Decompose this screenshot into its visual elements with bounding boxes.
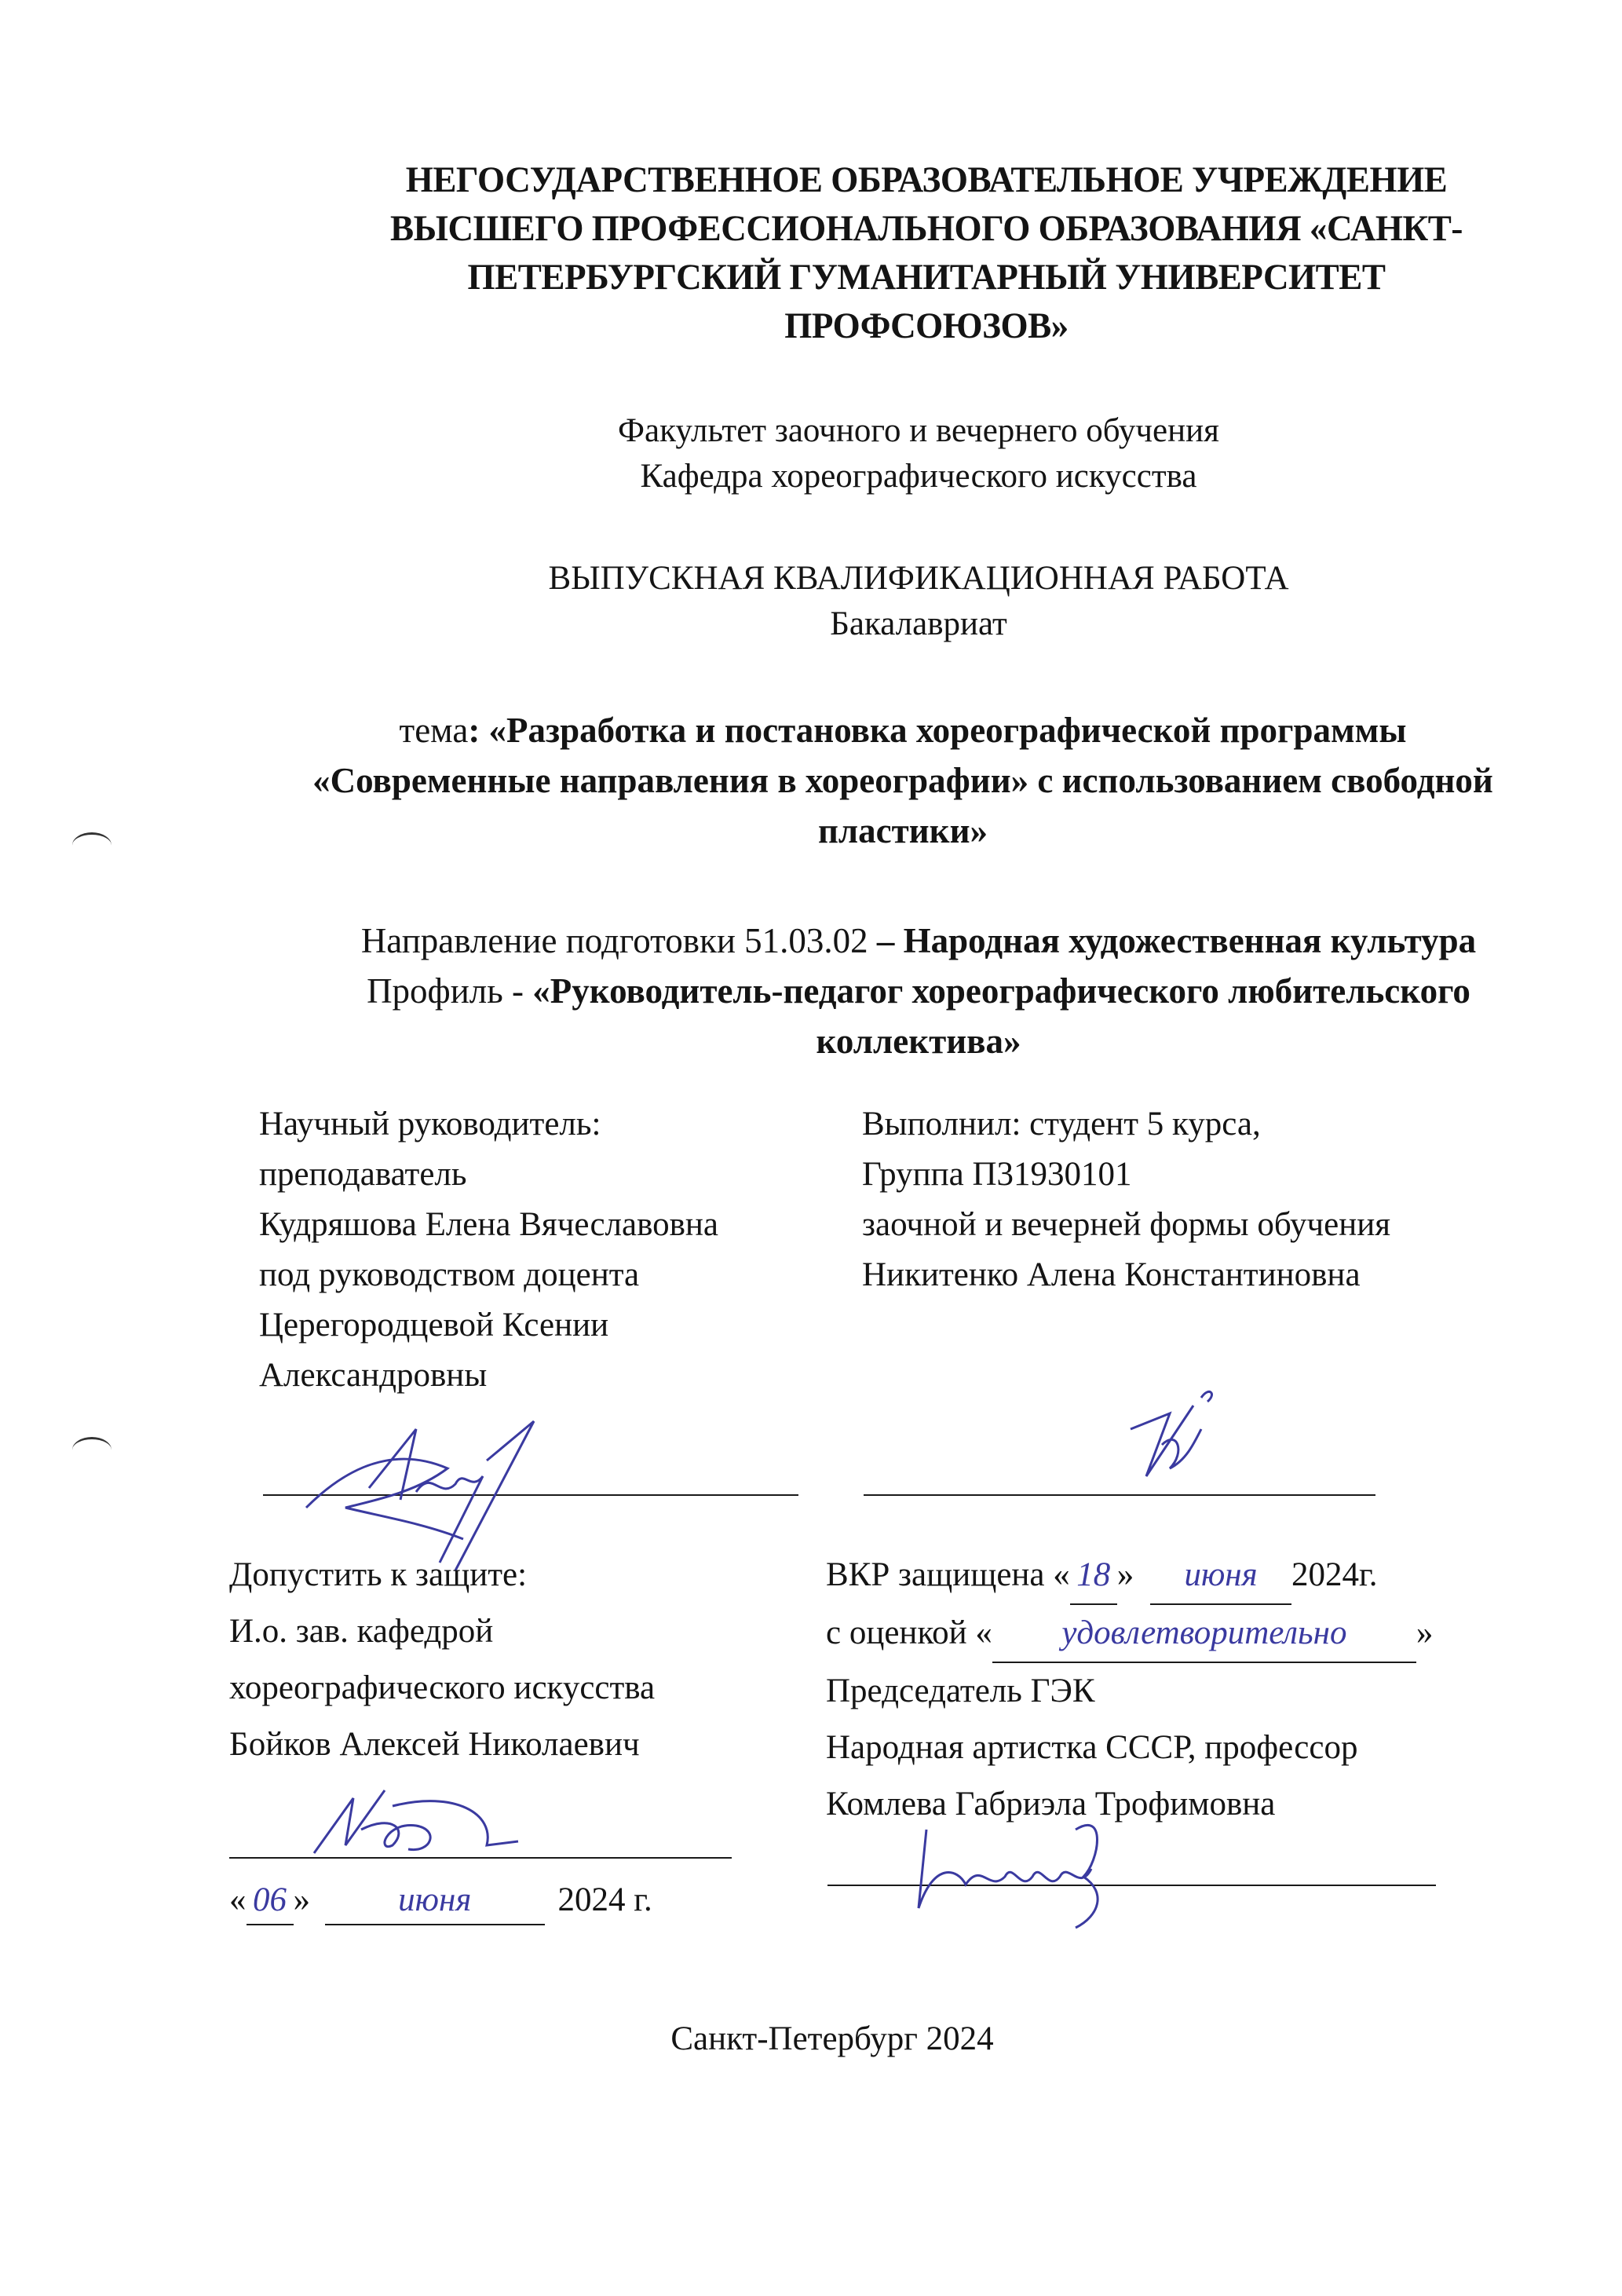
punch-mark — [72, 832, 111, 858]
supervisor-line: Кудряшова Елена Вячеславовна — [259, 1200, 824, 1250]
admission-block: Допустить к защите: И.о. зав. кафедрой х… — [229, 1547, 795, 1773]
defense-day: 18 — [1070, 1547, 1117, 1605]
student-line: Группа П31930101 — [862, 1150, 1537, 1200]
work-type: ВЫПУСКНАЯ КВАЛИФИКАЦИОННАЯ РАБОТА — [361, 556, 1476, 601]
admission-line: Допустить к защите: — [229, 1547, 795, 1603]
topic-line-1: тема: «Разработка и постановка хореограф… — [228, 705, 1578, 755]
grade-suffix: » — [1416, 1614, 1434, 1651]
profile-label: Профиль - — [367, 971, 532, 1011]
date-quote: » — [294, 1881, 311, 1918]
faculty-block: Факультет заочного и вечернего обучения … — [361, 408, 1476, 499]
admission-day: 06 — [247, 1877, 294, 1925]
supervisor-line: Церегородцевой Ксении — [259, 1300, 824, 1351]
work-type-block: ВЫПУСКНАЯ КВАЛИФИКАЦИОННАЯ РАБОТА Бакала… — [361, 556, 1476, 647]
header-line: ВЫСШЕГО ПРОФЕССИОНАЛЬНОГО ОБРАЗОВАНИЯ «С… — [323, 204, 1529, 253]
defense-date: ВКР защищена «18» июня2024г. — [826, 1547, 1532, 1605]
header-line: ПРОФСОЮЗОВ» — [323, 302, 1529, 350]
direction-label: Направление подготовки 51.03.02 — [361, 921, 877, 960]
supervisor-line: Научный руководитель: — [259, 1099, 824, 1150]
topic-block: тема: «Разработка и постановка хореограф… — [228, 705, 1578, 856]
student-signature-icon — [1115, 1382, 1225, 1500]
supervisor-line: Александровны — [259, 1351, 824, 1401]
profile-value-cont: коллектива» — [259, 1016, 1578, 1066]
profile: Профиль - «Руководитель-педагог хореогра… — [259, 966, 1578, 1016]
admission-date: «06» июня 2024 г. — [229, 1877, 779, 1925]
student-line: Никитенко Алена Константиновна — [862, 1250, 1537, 1300]
topic-line-3: пластики» — [228, 806, 1578, 856]
defense-grade: с оценкой «удовлетворительно» — [826, 1605, 1532, 1663]
defense-year: 2024г. — [1291, 1556, 1378, 1593]
city-year: Санкт-Петербург 2024 — [440, 2016, 1225, 2062]
supervisor-line: преподаватель — [259, 1150, 824, 1200]
punch-mark — [72, 1437, 111, 1463]
direction: Направление подготовки 51.03.02 – Народн… — [259, 916, 1578, 966]
defense-month: июня — [1150, 1547, 1291, 1605]
degree: Бакалавриат — [361, 601, 1476, 647]
defense-quote: » — [1117, 1556, 1134, 1593]
admission-signature-icon — [298, 1782, 534, 1869]
direction-block: Направление подготовки 51.03.02 – Народн… — [259, 916, 1578, 1066]
faculty: Факультет заочного и вечернего обучения — [361, 408, 1476, 454]
admission-month: июня — [325, 1877, 545, 1925]
admission-line: Бойков Алексей Николаевич — [229, 1717, 795, 1773]
chair-signature-icon — [895, 1814, 1146, 1932]
header-line: НЕГОСУДАРСТВЕННОЕ ОБРАЗОВАТЕЛЬНОЕ УЧРЕЖД… — [323, 155, 1529, 204]
grade-prefix: с оценкой « — [826, 1614, 992, 1651]
defense-block: ВКР защищена «18» июня2024г. с оценкой «… — [826, 1547, 1532, 1833]
department: Кафедра хореографического искусства — [361, 454, 1476, 499]
student-block: Выполнил: студент 5 курса, Группа П31930… — [862, 1099, 1537, 1300]
profile-value: «Руководитель-педагог хореографического … — [532, 971, 1470, 1011]
defense-line: Председатель ГЭК — [826, 1663, 1532, 1720]
supervisor-block: Научный руководитель: преподаватель Кудр… — [259, 1099, 824, 1401]
direction-value: – Народная художественная культура — [877, 921, 1476, 960]
institution-header: НЕГОСУДАРСТВЕННОЕ ОБРАЗОВАТЕЛЬНОЕ УЧРЕЖД… — [323, 155, 1529, 350]
grade-value: удовлетворительно — [992, 1605, 1416, 1663]
student-line: заочной и вечерней формы обучения — [862, 1200, 1537, 1250]
date-quote: « — [229, 1881, 247, 1918]
defense-prefix: ВКР защищена « — [826, 1556, 1070, 1593]
admission-line: хореографического искусства — [229, 1660, 795, 1717]
topic-prefix: тема — [400, 711, 469, 750]
student-line: Выполнил: студент 5 курса, — [862, 1099, 1537, 1150]
topic-line-2: «Современные направления в хореографии» … — [228, 755, 1578, 806]
admission-line: И.о. зав. кафедрой — [229, 1603, 795, 1660]
topic-text: : «Разработка и постановка хореографичес… — [468, 711, 1406, 750]
supervisor-line: под руководством доцента — [259, 1250, 824, 1300]
defense-line: Народная артистка СССР, профессор — [826, 1720, 1532, 1776]
admission-year: 2024 г. — [558, 1881, 652, 1918]
header-line: ПЕТЕРБУРГСКИЙ ГУМАНИТАРНЫЙ УНИВЕРСИТЕТ — [323, 253, 1529, 302]
